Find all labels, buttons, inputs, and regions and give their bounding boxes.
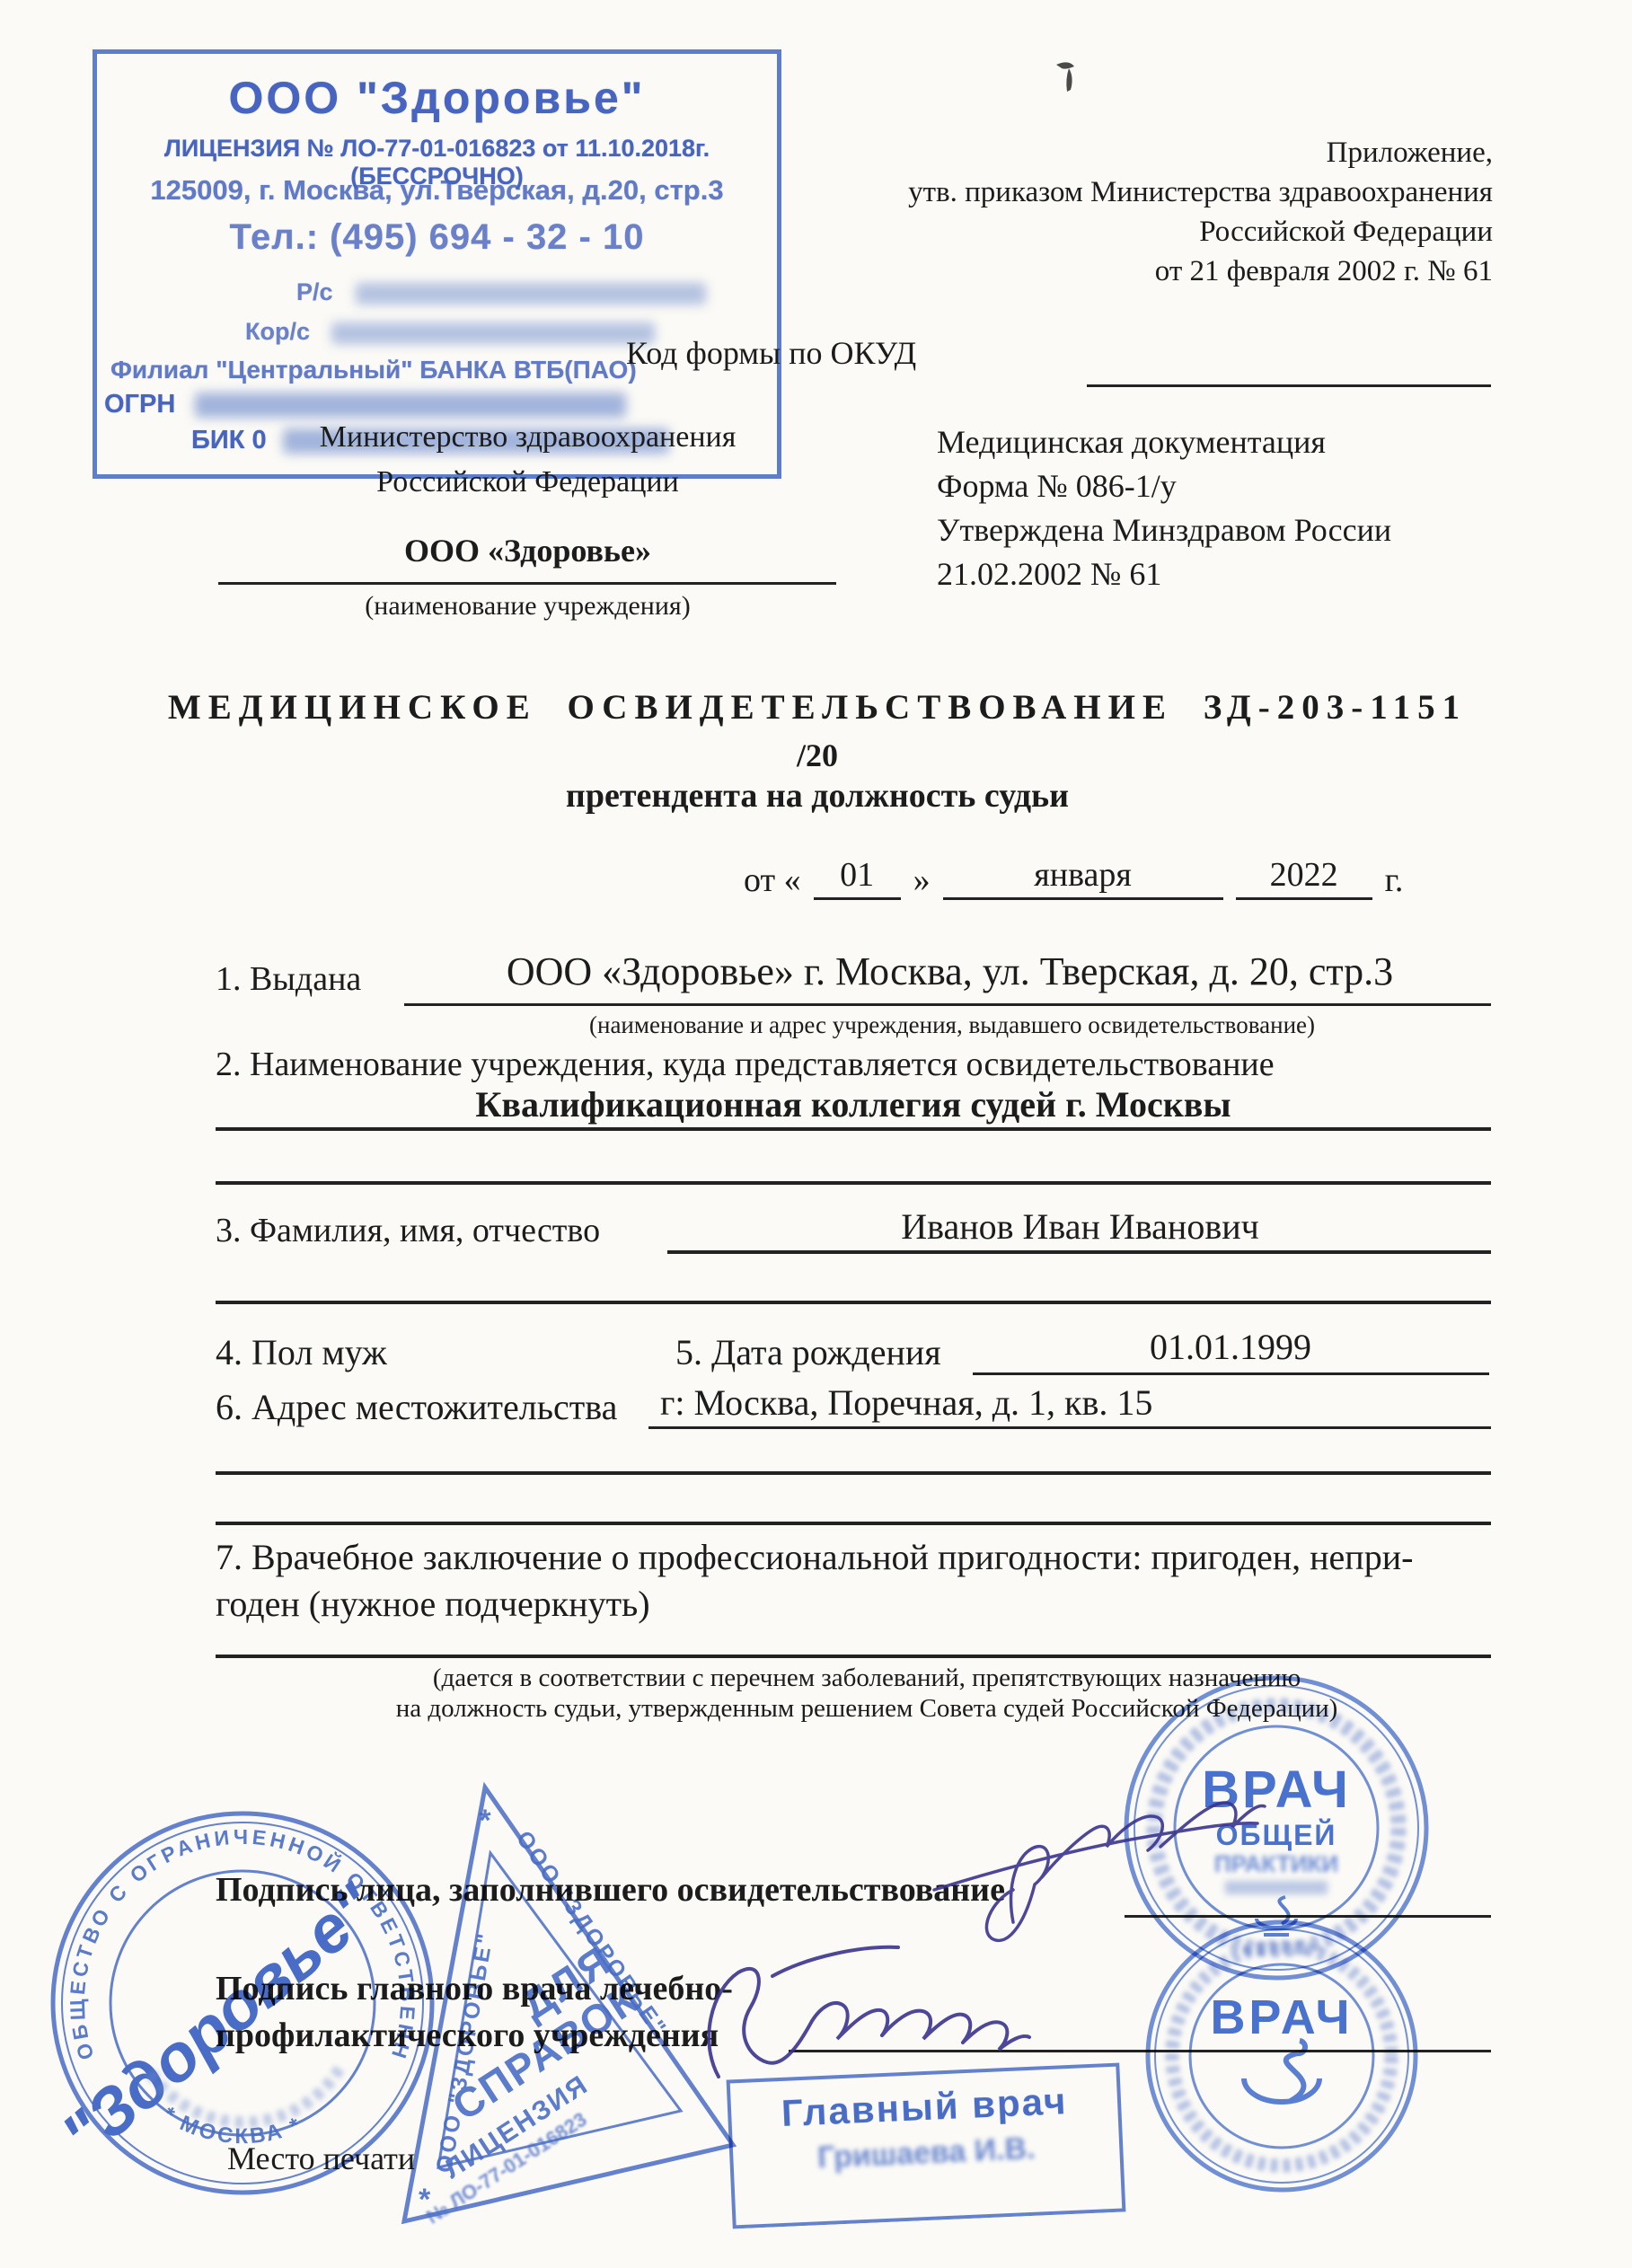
meddoc-line: Утверждена Минздравом России bbox=[937, 508, 1512, 552]
issue-date-line: от « 01 » января 2022 г. bbox=[744, 855, 1403, 900]
field5-label: 5. Дата рождения bbox=[675, 1331, 941, 1373]
date-year-field: 2022 bbox=[1236, 855, 1372, 900]
doctor1-line3: ПРАКТИКИ bbox=[1214, 1850, 1338, 1877]
doctor2-line1: ВРАЧ bbox=[1210, 1990, 1353, 2044]
field7-underline bbox=[216, 1655, 1491, 1658]
stamp-address: 125009, г. Москва, ул.Тверская, д.20, ст… bbox=[97, 174, 777, 207]
field2-value: Квалификационная коллегия судей г. Москв… bbox=[216, 1083, 1491, 1125]
header-right-line: от 21 февраля 2002 г. № 61 bbox=[808, 252, 1493, 291]
stamp-phone: Тел.: (495) 694 - 32 - 10 bbox=[97, 217, 777, 258]
chief-doctor-signature bbox=[709, 1947, 1029, 2077]
company-round-stamp: ОБЩЕСТВО С ОГРАНИЧЕННОЙ ОТВЕТСТВЕННОСТЬЮ… bbox=[43, 1804, 443, 2203]
okud-label: Код формы по ОКУД bbox=[626, 334, 916, 372]
triangle-reference-stamp: * * ООО "ЗДОРОВЬЕ" ООО "ЗДОРОВЬЕ" ДЛЯ СП… bbox=[384, 1768, 744, 2235]
triangle-star-top: * bbox=[479, 1804, 491, 1838]
date-prefix: от « bbox=[744, 860, 801, 900]
blank-line bbox=[216, 1522, 1491, 1525]
stamp-ogrn-row: ОГРН bbox=[104, 390, 784, 419]
field6-value: г: Москва, Поречная, д. 1, кв. 15 bbox=[660, 1381, 1152, 1424]
issuer-org-name: ООО «Здоровье» bbox=[216, 532, 840, 569]
blank-line bbox=[216, 1471, 1491, 1475]
field1-underline bbox=[404, 1003, 1491, 1006]
stamp-org-name: ООО "Здоровье" bbox=[97, 72, 777, 124]
blurred-account-number bbox=[356, 283, 706, 304]
field5-value: 01.01.1999 bbox=[975, 1326, 1486, 1368]
issuer-caption: (наименование учреждения) bbox=[216, 591, 840, 622]
doctor1-line1: ВРАЧ bbox=[1202, 1761, 1351, 1819]
field1-caption: (наименование и адрес учреждения, выдавш… bbox=[503, 1011, 1401, 1039]
form-title-number-suffix: /20 bbox=[135, 737, 1500, 774]
blurred-corr-account-number bbox=[331, 322, 655, 344]
doctor-round-stamp: ВРАЧ bbox=[1141, 1915, 1424, 2198]
field3-underline bbox=[667, 1250, 1491, 1254]
field6-underline bbox=[648, 1426, 1491, 1429]
stamp-ogrn-label: ОГРН bbox=[104, 390, 175, 419]
blurred-stamp-detail bbox=[1225, 1881, 1328, 1894]
field5-underline bbox=[973, 1372, 1489, 1375]
header-right-line: утв. приказом Министерства здравоохранен… bbox=[808, 172, 1493, 212]
blurred-ring-text bbox=[1172, 1946, 1391, 2166]
chief-doctor-rect-stamp: Главный врач Гришаева И.В. bbox=[727, 2063, 1126, 2229]
header-right-line: Российской Федерации bbox=[808, 212, 1493, 252]
stamp-kors-label: Кор/с bbox=[245, 318, 310, 345]
field4-label: 4. Пол муж bbox=[216, 1331, 387, 1373]
meddoc-line: Медицинская документация bbox=[937, 420, 1512, 464]
issuer-ministry-line1: Министерство здравоохранения bbox=[216, 420, 840, 454]
issuer-org-underline bbox=[218, 582, 836, 585]
field7-line1: 7. Врачебное заключение о профессиональн… bbox=[216, 1536, 1413, 1578]
meddoc-line: 21.02.2002 № 61 bbox=[937, 552, 1512, 596]
snake-and-bowl-icon bbox=[1244, 2041, 1319, 2102]
date-day-field: 01 bbox=[814, 855, 901, 900]
stamp-rs-label: Р/с bbox=[296, 278, 333, 305]
header-right-block: Приложение, утв. приказом Министерства з… bbox=[808, 133, 1493, 291]
field2-label: 2. Наименование учреждения, куда предста… bbox=[216, 1045, 1275, 1084]
header-right-line: Приложение, bbox=[808, 133, 1493, 172]
issuer-ministry-line2: Российской Федерации bbox=[216, 465, 840, 499]
chief-doctor-name: Гришаева И.В. bbox=[733, 2128, 1120, 2180]
field7-line2: годен (нужное подчеркнуть) bbox=[216, 1583, 650, 1625]
chief-doctor-title: Главный врач bbox=[730, 2078, 1118, 2138]
field3-label: 3. Фамилия, имя, отчество bbox=[216, 1211, 600, 1250]
meddoc-line: Форма № 086-1/у bbox=[937, 464, 1512, 508]
okud-blank-line bbox=[1087, 384, 1491, 387]
field1-value: ООО «Здоровье» г. Москва, ул. Тверская, … bbox=[409, 949, 1491, 994]
blank-line bbox=[216, 1181, 1491, 1185]
field2-underline bbox=[216, 1127, 1491, 1131]
form-subtitle: претендента на должность судьи bbox=[135, 776, 1500, 816]
form-title: МЕДИЦИНСКОЕ ОСВИДЕТЕЛЬСТВОВАНИЕ ЗД-203-1… bbox=[135, 687, 1500, 728]
ink-speck bbox=[1049, 56, 1085, 101]
scanned-medical-form-page: ООО "Здоровье" ЛИЦЕНЗИЯ № ЛО-77-01-01682… bbox=[0, 0, 1632, 2268]
date-close-quote: » bbox=[913, 860, 931, 900]
license-ink-stamp: ООО "Здоровье" ЛИЦЕНЗИЯ № ЛО-77-01-01682… bbox=[93, 49, 781, 479]
field1-label: 1. Выдана bbox=[216, 959, 361, 999]
field3-value: Иванов Иван Иванович bbox=[669, 1205, 1491, 1248]
date-suffix: г. bbox=[1385, 860, 1404, 900]
doctor1-line2: ОБЩЕЙ bbox=[1216, 1819, 1337, 1851]
date-month-field: января bbox=[943, 855, 1223, 900]
blank-line bbox=[216, 1301, 1491, 1304]
meddoc-block: Медицинская документация Форма № 086-1/у… bbox=[937, 420, 1512, 596]
field6-label: 6. Адрес местожительства bbox=[216, 1386, 617, 1428]
blurred-ogrn-number bbox=[195, 393, 626, 418]
